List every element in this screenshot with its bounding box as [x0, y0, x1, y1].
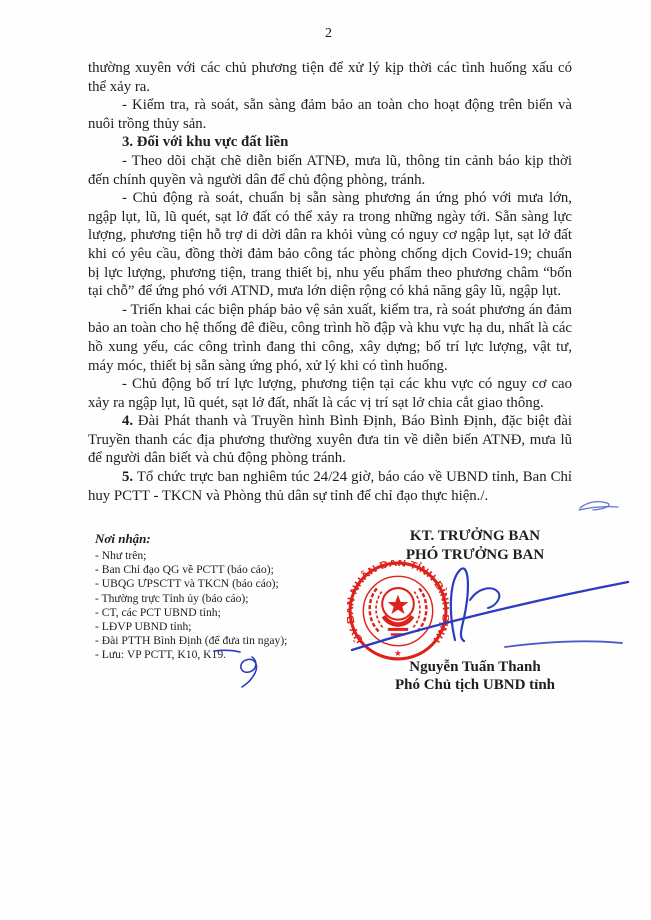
recipient-item: - Như trên; [95, 549, 355, 563]
recipient-item: - Ban Chỉ đạo QG về PCTT (báo cáo); [95, 563, 355, 577]
section-heading: 3. Đối với khu vực đất liền [88, 133, 572, 152]
handwritten-signature [340, 553, 640, 663]
document-page: 2 thường xuyên với các chủ phương tiện đ… [0, 0, 651, 920]
page-number: 2 [6, 26, 651, 42]
paragraph: 4. Đài Phát thanh và Truyền hình Bình Đị… [88, 412, 572, 468]
document-body: thường xuyên với các chủ phương tiện để … [88, 59, 572, 505]
section-number: 3. [122, 134, 133, 150]
signature-authority-line1: KT. TRƯỞNG BAN [355, 527, 595, 546]
recipients-heading: Nơi nhận: [95, 531, 355, 546]
section-number: 4. [122, 413, 133, 429]
approval-initial-scribble [576, 497, 622, 515]
paragraph: - Chủ động bố trí lực lượng, phương tiện… [88, 375, 572, 412]
paragraph: - Theo dõi chặt chẽ diễn biến ATNĐ, mưa … [88, 152, 572, 189]
signer-title: Phó Chủ tịch UBND tỉnh [350, 677, 600, 695]
archive-initial-scribble [210, 643, 272, 689]
recipient-item: - UBQG ƯPSCTT và TKCN (báo cáo); [95, 577, 355, 591]
paragraph: 5. Tổ chức trực ban nghiêm túc 24/24 giờ… [88, 468, 572, 505]
signer-block: Nguyễn Tuấn Thanh Phó Chủ tịch UBND tỉnh [350, 659, 600, 694]
recipient-item: - CT, các PCT UBND tỉnh; [95, 606, 355, 620]
recipient-item: - Thường trực Tỉnh ủy (báo cáo); [95, 592, 355, 606]
paragraph: - Triển khai các biện pháp bảo vệ sản xu… [88, 301, 572, 375]
paragraph: - Chủ động rà soát, chuẩn bị sẵn sàng ph… [88, 189, 572, 301]
section-title: Đối với khu vực đất liền [133, 134, 288, 150]
recipient-item: - LĐVP UBND tỉnh; [95, 620, 355, 634]
paragraph: thường xuyên với các chủ phương tiện để … [88, 59, 572, 96]
section-number: 5. [122, 469, 133, 485]
paragraph: - Kiểm tra, rà soát, sẵn sàng đảm bảo an… [88, 96, 572, 133]
